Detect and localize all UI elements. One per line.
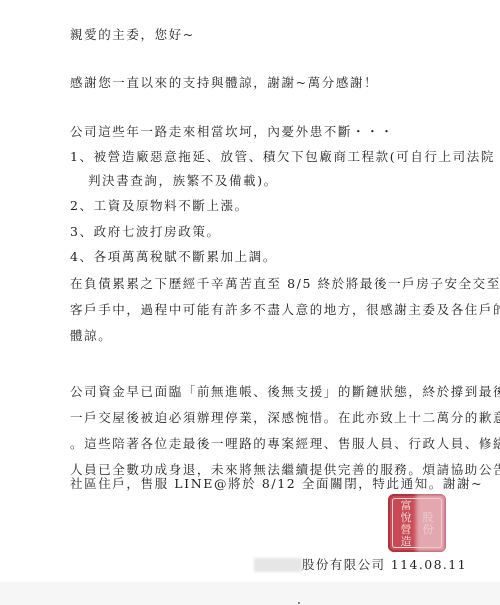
- reason-2: 2、工資及原物料不斷上漲。: [70, 198, 249, 214]
- reason-3: 3、政府七波打房政策。: [70, 224, 221, 240]
- paragraph1-line-2: 客戶手中，過程中可能有許多不盡人意的地方，很感謝主委及各住戶的: [70, 302, 500, 318]
- paragraph2-line-1: 公司資金早已面臨「前無進帳、後無支援」的斷鏈狀態，終於撐到最後: [70, 384, 500, 400]
- company-name-redaction: [254, 558, 302, 572]
- paragraph2-line-2: 一戶交屋後被迫必須辦理停業，深感惋惜。在此亦致上十二萬分的歉意: [70, 410, 500, 426]
- paragraph1-line-3: 體諒。: [70, 328, 112, 344]
- paragraph1-line-1: 在負債累累之下歷經千辛萬苦直至 8/5 終於將最後一戶房子安全交至: [70, 276, 500, 292]
- signature-line: 股份有限公司 114.08.11: [302, 557, 467, 573]
- paragraph2-line-3: 。這些陪著各位走最後一哩路的專案經理、售服人員、行政人員、修繕: [70, 436, 500, 452]
- company-suffix: 股份有限公司: [302, 557, 385, 572]
- letter-date: 114.08.11: [391, 557, 467, 572]
- reason-1-line-2: 判決書查詢，族繁不及備載)。: [88, 173, 278, 189]
- reason-1-line-1: 1、被營造廠惡意拖延、放管、積欠下包廠商工程款(可自行上司法院: [70, 149, 495, 165]
- page-bottom-edge: [0, 582, 500, 605]
- company-seal: 富 悅 營 造 股 份: [388, 494, 446, 552]
- letter-page: 親愛的主委，您好~ 感謝您一直以來的支持與體諒，謝謝~萬分感謝！ 公司這些年一路…: [0, 0, 500, 580]
- scan-speck: [298, 602, 300, 604]
- letter-greeting: 親愛的主委，您好~: [70, 27, 195, 43]
- paragraph2-line-5: 社區住戶，售服 LINE@將於 8/12 全面關閉，特此通知。謝謝~: [70, 476, 483, 492]
- seal-redaction-blur: [416, 494, 446, 552]
- letter-intro: 公司這些年一路走來相當坎坷，內憂外患不斷・・・: [70, 124, 394, 140]
- seal-left-column: 富 悅 營 造: [395, 500, 417, 548]
- seal-char: 造: [401, 536, 412, 548]
- reason-4: 4、各項萬萬稅賦不斷累加上調。: [70, 249, 277, 265]
- letter-thanks: 感謝您一直以來的支持與體諒，謝謝~萬分感謝！: [70, 75, 378, 91]
